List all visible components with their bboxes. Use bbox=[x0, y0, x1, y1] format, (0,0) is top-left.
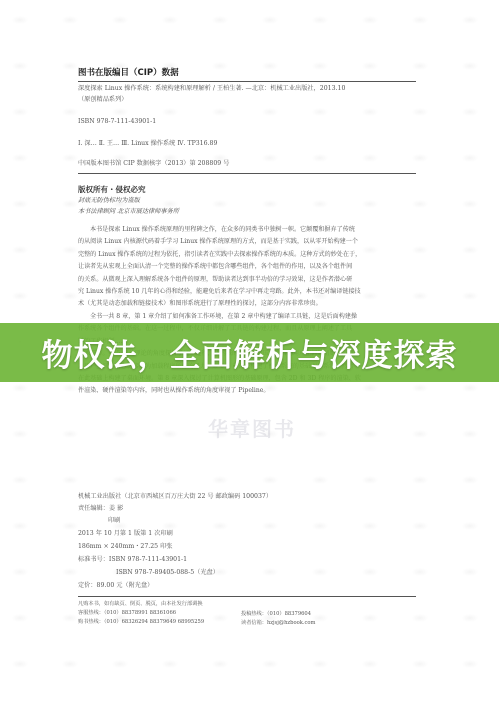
cip-entry-line1: 深度探索 Linux 操作系统：系统构建和原理解析 / 王柏生著. —北京：机械… bbox=[78, 85, 345, 93]
paragraph-line: 究 Linux 操作系统 10 几年的心得和经验，能避免后来者在学习中再走弯路。… bbox=[78, 286, 416, 298]
format-info: 186mm × 240mm・27.25 印张 bbox=[78, 543, 172, 551]
cip-heading: 图书在版编目（CIP）数据 bbox=[78, 66, 179, 78]
paragraph-line: 全书一共 8 章，第 1 章介绍了如何准备工作环境，在第 2 章中构建了编译工具… bbox=[78, 311, 416, 323]
legal-counsel-notice: 本书法律顾问 北京市展达律师事务所 bbox=[78, 206, 179, 215]
paragraph-line: 本书是探索 Linux 操作系统原理的里程碑之作，在众多的同类书中独树一帜。它颠… bbox=[78, 224, 416, 236]
edition-info: 2013 年 10 月第 1 版第 1 次印刷 bbox=[78, 530, 173, 538]
submission-hotline: 投稿热线：（010）88379604 bbox=[241, 610, 311, 617]
copyright-heading: 版权所有・侵权必究 bbox=[78, 184, 146, 195]
cip-isbn: ISBN 978-7-111-43901-1 bbox=[78, 118, 156, 126]
order-hotline: 购书热线：（010）68326294 88379649 68995259 bbox=[78, 619, 204, 626]
cip-subjects: Ⅰ. 深… Ⅱ. 王… Ⅲ. Linux 操作系统 Ⅳ. TP316.89 bbox=[78, 140, 217, 148]
reader-email: 读者信箱：hzjsj@hzbook.com bbox=[241, 619, 315, 626]
paragraph-line: 让读者先从宏观上全面认清一个完整的操作系统中都包含哪些组件，各个组件的作用，以及… bbox=[78, 261, 416, 273]
anti-piracy-notice: 封底无防伪标均为盗版 bbox=[78, 195, 140, 204]
cip-entry-line2: （原创精品系列） bbox=[78, 96, 128, 104]
cip-top-rule bbox=[78, 81, 416, 82]
price: 定价：89.00 元（附光盘） bbox=[78, 582, 153, 590]
paragraph-line: 件渲染、硬件渲染等内容，同时也从操作系统的角度审视了 Pipeline。 bbox=[78, 385, 416, 397]
cip-bottom-rule bbox=[78, 173, 416, 174]
printer: 印刷 bbox=[108, 517, 120, 525]
paragraph-line: 的从阅读 Linux 内核源代码着手学习 Linux 操作系统原理的方式，而是基… bbox=[78, 236, 416, 248]
customer-hotline: 客服热线：（010）88378991 88361066 bbox=[78, 610, 176, 617]
return-notice: 凡购本书，如有缺页、倒页、脱页，由本社发行部调换 bbox=[78, 601, 203, 608]
book-number: 标准书号：ISBN 978-7-111-43901-1 bbox=[78, 556, 187, 564]
banner-title: 物权法，全面解析与深度探索 bbox=[42, 330, 458, 375]
publisher-address: 机械工业出版社（北京市西城区百万庄大街 22 号 邮政编码 100037） bbox=[78, 493, 272, 501]
description-paragraph-1: 本书是探索 Linux 操作系统原理的里程碑之作，在众多的同类书中独树一帜。它颠… bbox=[78, 224, 416, 311]
responsible-editor: 责任编辑：姜 影 bbox=[78, 505, 123, 513]
book-number-cd: ISBN 978-7-89405-088-5（光盘） bbox=[116, 569, 219, 577]
cip-number: 中国版本图书馆 CIP 数据核字（2013）第 208809 号 bbox=[78, 160, 229, 168]
paragraph-line: 完整的 Linux 操作系统的过程为依托，指引读者在实践中去探索操作系统的本质。… bbox=[78, 249, 416, 261]
huazhang-watermark: 华章图书 bbox=[208, 413, 296, 442]
title-banner: 物权法，全面解析与深度探索 bbox=[0, 323, 499, 382]
footer-rule bbox=[78, 596, 416, 597]
paragraph-line: 的关系。从微观上深入理解系统各个组件的原理，帮助读者达到事半功倍的学习效果，这是… bbox=[78, 274, 416, 286]
paragraph-line: 术（尤其是动态加载和链接技术）和图形系统进行了原理性的探讨，这部分内容非常珍贵。 bbox=[78, 298, 416, 310]
